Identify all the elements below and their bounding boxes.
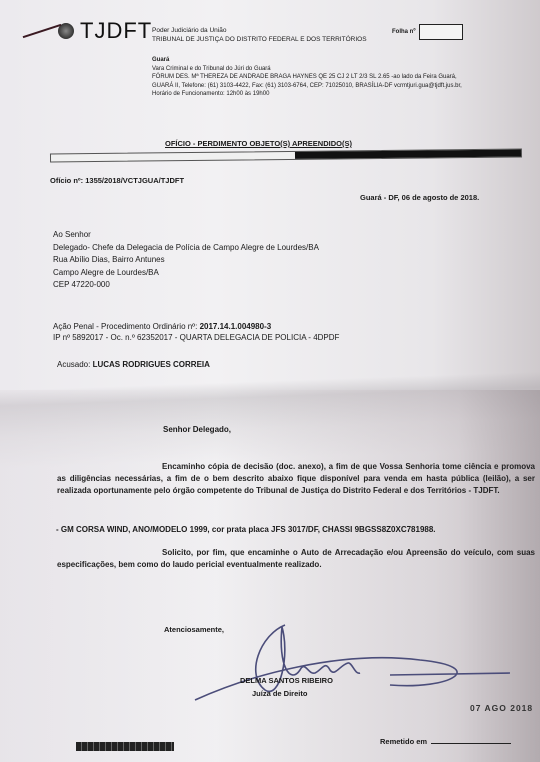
remetido-blank <box>431 743 511 744</box>
date-stamp: 07 AGO 2018 <box>470 703 533 713</box>
accused-label: Acusado: <box>57 360 93 369</box>
signer-name: DELMA SANTOS RIBEIRO <box>240 676 333 685</box>
remetido-field: Remetido em <box>380 737 511 746</box>
recipient-line: Ao Senhor <box>53 229 513 242</box>
recipient-line: Rua Abílio Dias, Bairro Antunes <box>53 254 513 267</box>
court-info: Guará Vara Criminal e do Tribunal do Júr… <box>152 56 472 99</box>
logo-text: TJDFT <box>80 18 152 44</box>
process-number: 2017.14.1.004980-3 <box>200 322 272 331</box>
remetido-label: Remetido em <box>380 737 427 746</box>
paragraph-1: Encaminho cópia de decisão (doc. anexo),… <box>57 461 535 497</box>
recipient-line: CEP 47220-000 <box>53 279 513 292</box>
recipient-line: Campo Alegre de Lourdes/BA <box>53 267 513 280</box>
recipient-line: Delegado- Chefe da Delegacia de Polícia … <box>53 242 513 255</box>
folha-field: Folha nº <box>392 24 463 40</box>
header-line-2: TRIBUNAL DE JUSTIÇA DO DISTRITO FEDERAL … <box>152 36 367 43</box>
process-label: Ação Penal - Procedimento Ordinário nº: <box>53 322 200 331</box>
pen-icon <box>23 24 62 38</box>
court-address: FÓRUM DES. Mª THEREZA DE ANDRADE BRAGA H… <box>152 74 462 97</box>
ip-line: IP nº 5892017 - Oc. n.º 62352017 - QUART… <box>53 332 339 343</box>
header-line-1: Poder Judiciário da União <box>152 27 226 34</box>
court-name: Guará <box>152 56 472 65</box>
folha-label: Folha nº <box>392 29 416 35</box>
tjdft-logo: TJDFT <box>22 18 152 44</box>
folha-box <box>419 24 463 40</box>
document-title: OFÍCIO - PERDIMENTO OBJETO(S) APREENDIDO… <box>165 139 352 148</box>
paragraph-1-text: Encaminho cópia de decisão (doc. anexo),… <box>57 462 535 495</box>
oficio-number: Ofício nº: 1355/2018/VCTJGUA/TJDFT <box>50 176 184 185</box>
paper-fold-shadow <box>0 390 540 762</box>
salutation: Senhor Delegado, <box>163 425 231 434</box>
paragraph-2: Solicito, por fim, que encaminhe o Auto … <box>57 547 535 571</box>
footer-logo <box>76 742 174 751</box>
accused-name: LUCAS RODRIGUES CORREIA <box>93 360 210 369</box>
accused-line: Acusado: LUCAS RODRIGUES CORREIA <box>57 360 210 369</box>
header-bar-fill <box>295 150 521 159</box>
paragraph-2-text: Solicito, por fim, que encaminhe o Auto … <box>57 548 535 569</box>
signature-icon <box>190 615 530 705</box>
seized-item: - GM CORSA WIND, ANO/MODELO 1999, cor pr… <box>56 525 436 534</box>
place-date: Guará - DF, 06 de agosto de 2018. <box>360 193 479 202</box>
recipient-block: Ao Senhor Delegado- Chefe da Delegacia d… <box>53 229 513 292</box>
signer-role: Juíza de Direito <box>252 689 307 698</box>
process-block: Ação Penal - Procedimento Ordinário nº: … <box>53 321 339 343</box>
court-vara: Vara Criminal e do Tribunal do Júri do G… <box>152 65 472 74</box>
